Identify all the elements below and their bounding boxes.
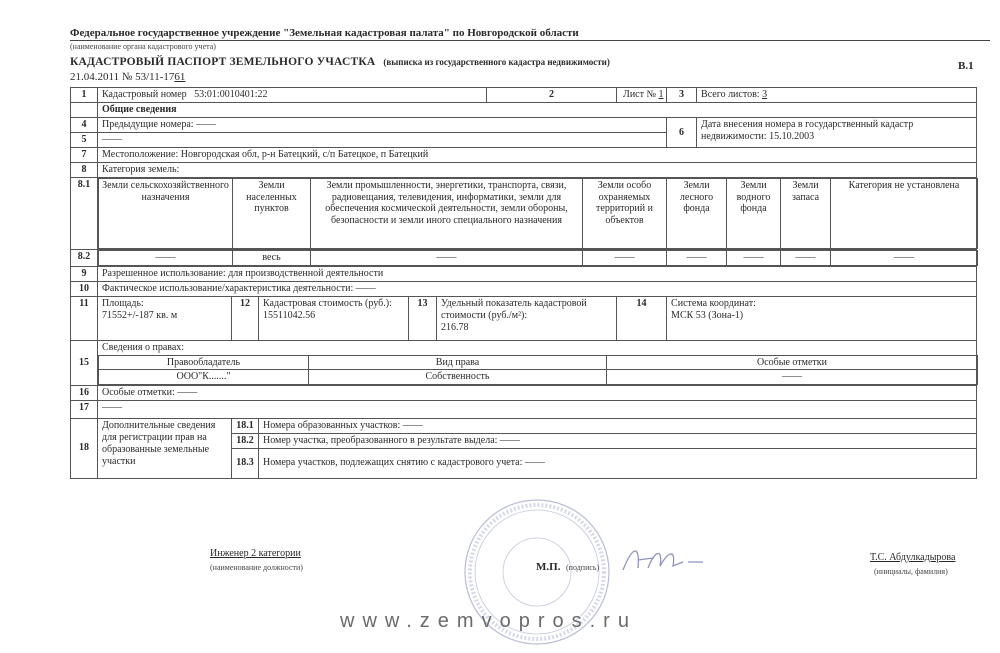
category-not-set: Категория не установлена	[831, 179, 978, 249]
stamp-mark: М.П.	[536, 561, 560, 573]
special-marks-header: Особые отметки	[607, 355, 978, 370]
right-type: Собственность	[309, 370, 607, 385]
row-num: 4	[71, 118, 98, 133]
category-water: Земли водного фонда	[727, 179, 781, 249]
coordinate-system-cell: Система координат:МСК 53 (Зона-1)	[667, 296, 977, 340]
row-5-value: ——	[98, 133, 667, 148]
specific-value: 216.78	[441, 322, 612, 334]
cadastral-value: 15511042.56	[263, 310, 404, 322]
signer-name-caption: (инициалы, фамилия)	[874, 567, 948, 576]
row-15: 15 Сведения о правах: Правообладатель Ви…	[71, 340, 977, 385]
rights-holder-header: Правообладатель	[99, 355, 309, 370]
actual-use: Фактическое использование/характеристика…	[98, 281, 977, 296]
permitted-use: Разрешенное использование: для производс…	[98, 266, 977, 281]
coordinate-system-value: МСК 53 (Зона-1)	[671, 310, 972, 322]
row-num: 10	[71, 281, 98, 296]
land-category-label: Категория земель:	[98, 163, 977, 178]
area-cell: Площадь:71552+/-187 кв. м	[98, 296, 232, 340]
row-16: 16 Особые отметки: ——	[71, 385, 977, 400]
specific-value-cell: Удельный показатель кадастровой стоимост…	[437, 296, 617, 340]
specific-value-label: Удельный показатель кадастровой стоимост…	[441, 298, 612, 322]
row-num: 1	[71, 88, 98, 103]
rights-table: Правообладатель Вид права Особые отметки…	[98, 355, 978, 385]
value-water: ——	[727, 251, 781, 266]
land-category-values-grid: —— весь —— —— —— —— —— ——	[98, 250, 977, 267]
value-not-set: ——	[831, 251, 978, 266]
value-reserve: ——	[781, 251, 831, 266]
cadastral-value-label: Кадастровая стоимость (руб.):	[263, 298, 404, 310]
row-11-14: 11 Площадь:71552+/-187 кв. м 12 Кадастро…	[71, 296, 977, 340]
total-sheets-label: Всего листов:	[701, 89, 762, 100]
doc-date-number: 21.04.2011 № 53/11-17	[70, 71, 174, 83]
row-1: 1 Кадастровый номер 53:01:0010401:22 2 Л…	[71, 88, 977, 103]
organization-name: Федеральное государственное учреждение "…	[70, 27, 990, 41]
value-protected: ——	[583, 251, 667, 266]
signer-position: Инженер 2 категории	[210, 548, 301, 559]
land-category-table: Земли сельскохозяйственного назначения З…	[98, 178, 978, 249]
total-sheets-value: 3	[762, 89, 767, 100]
signer-position-caption: (наименование должности)	[210, 563, 303, 572]
registration-date: Дата внесения номера в государственный к…	[697, 118, 977, 148]
row-num: 18.1	[232, 418, 259, 433]
row-num: 14	[617, 296, 667, 340]
value-settlements: весь	[233, 251, 311, 266]
parcels-to-remove: Номера участков, подлежащих снятию с кад…	[259, 448, 977, 478]
row-num: 12	[232, 296, 259, 340]
row-8-1: 8.1 Земли сельскохозяйственного назначен…	[71, 178, 977, 250]
previous-numbers: Предыдущие номера: ——	[98, 118, 667, 133]
passport-table: 1 Кадастровый номер 53:01:0010401:22 2 Л…	[70, 87, 977, 479]
category-reserve: Земли запаса	[781, 179, 831, 249]
section-general-label: Общие сведения	[98, 103, 977, 118]
row-num: 18.2	[232, 433, 259, 448]
sheet-code: В.1	[958, 60, 974, 72]
title-subtitle: (выписка из государственного кадастра не…	[383, 57, 609, 67]
area-value: 71552+/-187 кв. м	[102, 310, 227, 322]
category-agricultural: Земли сельскохозяйственного назначения	[99, 179, 233, 249]
value-agricultural: ——	[99, 251, 233, 266]
row-num-empty	[71, 103, 98, 118]
category-forest: Земли лесного фонда	[667, 179, 727, 249]
signature-caption: (подпись)	[566, 563, 599, 572]
rights-header-row: Правообладатель Вид права Особые отметки	[99, 355, 978, 370]
cadastral-number-label: Кадастровый номер	[102, 89, 187, 100]
sheet-number-value: 1	[659, 89, 664, 100]
category-industrial: Земли промышленности, энергетики, трансп…	[311, 179, 583, 249]
title-text: КАДАСТРОВЫЙ ПАСПОРТ ЗЕМЕЛЬНОГО УЧАСТКА	[70, 56, 375, 68]
signature-icon	[618, 540, 708, 580]
row-num: 8.2	[71, 250, 98, 267]
rights-label: Сведения о правах:	[98, 341, 976, 355]
land-category-values: —— весь —— —— —— —— —— ——	[98, 250, 978, 266]
row-num: 7	[71, 148, 98, 163]
row-num: 16	[71, 385, 98, 400]
cadastral-number-cell: Кадастровый номер 53:01:0010401:22	[98, 88, 487, 103]
row-num: 6	[667, 118, 697, 148]
row-num: 11	[71, 296, 98, 340]
section-general: Общие сведения	[71, 103, 977, 118]
location: Местоположение: Новгородская обл, р-н Ба…	[98, 148, 977, 163]
sheet-number-cell: Лист № 1	[617, 88, 667, 103]
category-headers: Земли сельскохозяйственного назначения З…	[99, 179, 978, 249]
special-marks: ——	[607, 370, 978, 385]
row-num: 5	[71, 133, 98, 148]
formed-parcels: Номера образованных участков: ——	[259, 418, 977, 433]
row-num: 15	[71, 340, 98, 385]
organization-caption: (наименование органа кадастрового учета)	[70, 42, 216, 51]
row-num: 8.1	[71, 178, 98, 250]
rights-data-row: ООО"К......." Собственность ——	[99, 370, 978, 385]
row-num: 9	[71, 266, 98, 281]
right-type-header: Вид права	[309, 355, 607, 370]
category-values-row: —— весь —— —— —— —— —— ——	[99, 251, 978, 266]
row-18-1: 18 Дополнительные сведения для регистрац…	[71, 418, 977, 433]
signer-name: Т.С. Абдулкадырова	[870, 552, 955, 563]
row-num: 3	[667, 88, 697, 103]
rights-holder: ООО"К......."	[99, 370, 309, 385]
row-9: 9 Разрешенное использование: для произво…	[71, 266, 977, 281]
row-8-2: 8.2 —— весь —— —— —— —— —— ——	[71, 250, 977, 267]
row-num: 17	[71, 400, 98, 418]
row-17: 17 ——	[71, 400, 977, 418]
sheet-number-label: Лист №	[623, 89, 658, 100]
value-forest: ——	[667, 251, 727, 266]
value-industrial: ——	[311, 251, 583, 266]
additional-info-label: Дополнительные сведения для регистрации …	[98, 418, 232, 478]
total-sheets-cell: Всего листов: 3	[697, 88, 977, 103]
row-17-value: ——	[98, 400, 977, 418]
category-settlements: Земли населенных пунктов	[233, 179, 311, 249]
row-num: 18	[71, 418, 98, 478]
row-10: 10 Фактическое использование/характерист…	[71, 281, 977, 296]
row-num: 18.3	[232, 448, 259, 478]
area-label: Площадь:	[102, 298, 227, 310]
row-num: 8	[71, 163, 98, 178]
cadastral-value-cell: Кадастровая стоимость (руб.):15511042.56	[259, 296, 409, 340]
transformed-parcel: Номер участка, преобразованного в резуль…	[259, 433, 977, 448]
doc-number-suffix: 61	[174, 71, 185, 83]
cadastral-number-value: 53:01:0010401:22	[194, 89, 267, 100]
category-protected: Земли особо охраняемых территорий и объе…	[583, 179, 667, 249]
row-num: 2	[487, 88, 617, 103]
land-category-grid: Земли сельскохозяйственного назначения З…	[98, 178, 977, 250]
coordinate-system-label: Система координат:	[671, 298, 972, 310]
rights-cell: Сведения о правах: Правообладатель Вид п…	[98, 340, 977, 385]
row-num: 13	[409, 296, 437, 340]
special-notes: Особые отметки: ——	[98, 385, 977, 400]
row-4: 4 Предыдущие номера: —— 6 Дата внесения …	[71, 118, 977, 133]
watermark: www.zemvopros.ru	[340, 610, 637, 633]
document-number: 21.04.2011 № 53/11-1761	[70, 71, 185, 83]
row-8: 8 Категория земель:	[71, 163, 977, 178]
row-7: 7 Местоположение: Новгородская обл, р-н …	[71, 148, 977, 163]
document-title: КАДАСТРОВЫЙ ПАСПОРТ ЗЕМЕЛЬНОГО УЧАСТКА(в…	[70, 56, 610, 68]
